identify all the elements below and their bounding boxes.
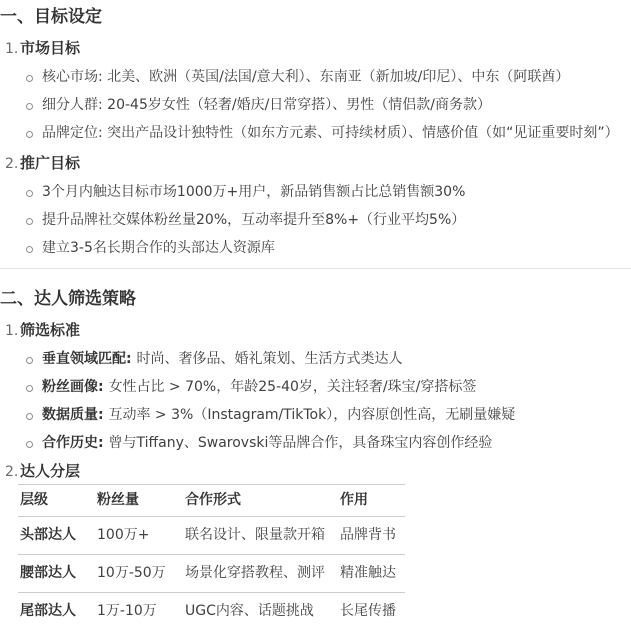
list-item-text: 合作历史: 曾与Tiffany、Swarovski等品牌合作，具备珠宝内容创作经… [42, 434, 492, 453]
column-header-tier: 层级 [18, 485, 95, 517]
list-item: 粉丝画像: 女性占比 > 70%，年龄25-40岁，关注轻奢/珠宝/穿搭标签 [0, 378, 631, 397]
group-title-influencer-tiers: 2. 达人分层 [0, 461, 631, 482]
list-item-value: 时尚、奢侈品、婚礼策划、生活方式类达人 [136, 351, 402, 367]
group-title-label: 达人分层 [20, 461, 80, 481]
list-item-value: 互动率 > 3%（Instagram/TikTok），内容原创性高，无刷量嫌疑 [108, 407, 515, 423]
list-item-label: 合作历史: [42, 435, 108, 451]
table-header-row: 层级 粉丝量 合作形式 作用 [18, 485, 405, 517]
list-item: 建立3-5名长期合作的头部达人资源库 [0, 239, 631, 258]
list-item: 垂直领域匹配: 时尚、奢侈品、婚礼策划、生活方式类达人 [0, 350, 631, 369]
list-item-text: 数据质量: 互动率 > 3%（Instagram/TikTok），内容原创性高，… [42, 406, 515, 425]
column-header-cooperation: 合作形式 [183, 485, 338, 517]
list-item-text: 细分人群: 20-45岁女性（轻奢/婚庆/日常穿搭）、男性（情侣款/商务款） [42, 96, 491, 115]
table-cell: 品牌背书 [338, 517, 405, 555]
column-header-followers: 粉丝量 [95, 485, 183, 517]
list-item: 核心市场: 北美、欧洲（英国/法国/意大利）、东南亚（新加坡/印尼）、中东（阿联… [0, 68, 631, 87]
bullet-icon [26, 103, 33, 110]
list-number: 2. [5, 462, 20, 482]
table-cell: 10万-50万 [95, 555, 183, 593]
list-number: 2. [5, 154, 20, 174]
list-item-label: 粉丝画像: [42, 379, 108, 395]
list-item-text: 提升品牌社交媒体粉丝量20%，互动率提升至8%+（行业平均5%） [42, 211, 465, 230]
list-item-value: 女性占比 > 70%，年龄25-40岁，关注轻奢/珠宝/穿搭标签 [108, 379, 476, 395]
list-item: 数据质量: 互动率 > 3%（Instagram/TikTok），内容原创性高，… [0, 406, 631, 425]
list-item-label: 垂直领域匹配: [42, 351, 136, 367]
table-cell: 联名设计、限量款开箱 [183, 517, 338, 555]
section-heading-influencer-strategy: 二、达人筛选策略 [0, 288, 631, 310]
bullet-icon [26, 246, 33, 253]
bullet-icon [26, 385, 33, 392]
column-header-role: 作用 [338, 485, 405, 517]
list-item-label: 数据质量: [42, 407, 108, 423]
list-item-text: 建立3-5名长期合作的头部达人资源库 [42, 239, 275, 258]
table-cell: 长尾传播 [338, 593, 405, 627]
list-item-text: 垂直领域匹配: 时尚、奢侈品、婚礼策划、生活方式类达人 [42, 350, 402, 369]
list-item: 合作历史: 曾与Tiffany、Swarovski等品牌合作，具备珠宝内容创作经… [0, 434, 631, 453]
table-row: 腰部达人 10万-50万 场景化穿搭教程、测评 精准触达 [18, 555, 405, 593]
bullet-icon [26, 218, 33, 225]
section-divider [0, 268, 631, 269]
group-title-label: 筛选标准 [20, 320, 80, 340]
list-item-text: 3个月内触达目标市场1000万+用户，新品销售额占比总销售额30% [42, 183, 465, 202]
list-item: 细分人群: 20-45岁女性（轻奢/婚庆/日常穿搭）、男性（情侣款/商务款） [0, 96, 631, 115]
list-item: 3个月内触达目标市场1000万+用户，新品销售额占比总销售额30% [0, 183, 631, 202]
bullet-icon [26, 131, 33, 138]
list-item-value: 曾与Tiffany、Swarovski等品牌合作，具备珠宝内容创作经验 [108, 435, 492, 451]
group-title-market-goals: 1. 市场目标 [0, 38, 631, 59]
section-heading-goal-setting: 一、目标设定 [0, 6, 631, 28]
table-row: 尾部达人 1万-10万 UGC内容、话题挑战 长尾传播 [18, 593, 405, 627]
list-number: 1. [5, 39, 20, 59]
table-row: 头部达人 100万+ 联名设计、限量款开箱 品牌背书 [18, 517, 405, 555]
document-page: 一、目标设定 1. 市场目标 核心市场: 北美、欧洲（英国/法国/意大利）、东南… [0, 0, 631, 627]
list-number: 1. [5, 321, 20, 341]
group-title-promotion-goals: 2. 推广目标 [0, 153, 631, 174]
group-title-screening-criteria: 1. 筛选标准 [0, 320, 631, 341]
list-item: 品牌定位: 突出产品设计独特性（如东方元素、可持续材质）、情感价值（如“见证重要… [0, 124, 631, 143]
table-cell: 腰部达人 [18, 555, 95, 593]
group-title-label: 市场目标 [20, 38, 80, 58]
bullet-icon [26, 413, 33, 420]
group-title-label: 推广目标 [20, 153, 80, 173]
bullet-icon [26, 357, 33, 364]
list-item-text: 核心市场: 北美、欧洲（英国/法国/意大利）、东南亚（新加坡/印尼）、中东（阿联… [42, 68, 569, 87]
table-cell: 场景化穿搭教程、测评 [183, 555, 338, 593]
list-item: 提升品牌社交媒体粉丝量20%，互动率提升至8%+（行业平均5%） [0, 211, 631, 230]
table-cell: 尾部达人 [18, 593, 95, 627]
list-item-text: 品牌定位: 突出产品设计独特性（如东方元素、可持续材质）、情感价值（如“见证重要… [42, 124, 619, 143]
bullet-icon [26, 75, 33, 82]
list-item-text: 粉丝画像: 女性占比 > 70%，年龄25-40岁，关注轻奢/珠宝/穿搭标签 [42, 378, 476, 397]
bullet-icon [26, 190, 33, 197]
table-cell: 头部达人 [18, 517, 95, 555]
bullet-icon [26, 441, 33, 448]
influencer-tier-table: 层级 粉丝量 合作形式 作用 头部达人 100万+ 联名设计、限量款开箱 品牌背… [18, 484, 405, 627]
table-cell: UGC内容、话题挑战 [183, 593, 338, 627]
table-cell: 1万-10万 [95, 593, 183, 627]
table-cell: 100万+ [95, 517, 183, 555]
table-cell: 精准触达 [338, 555, 405, 593]
